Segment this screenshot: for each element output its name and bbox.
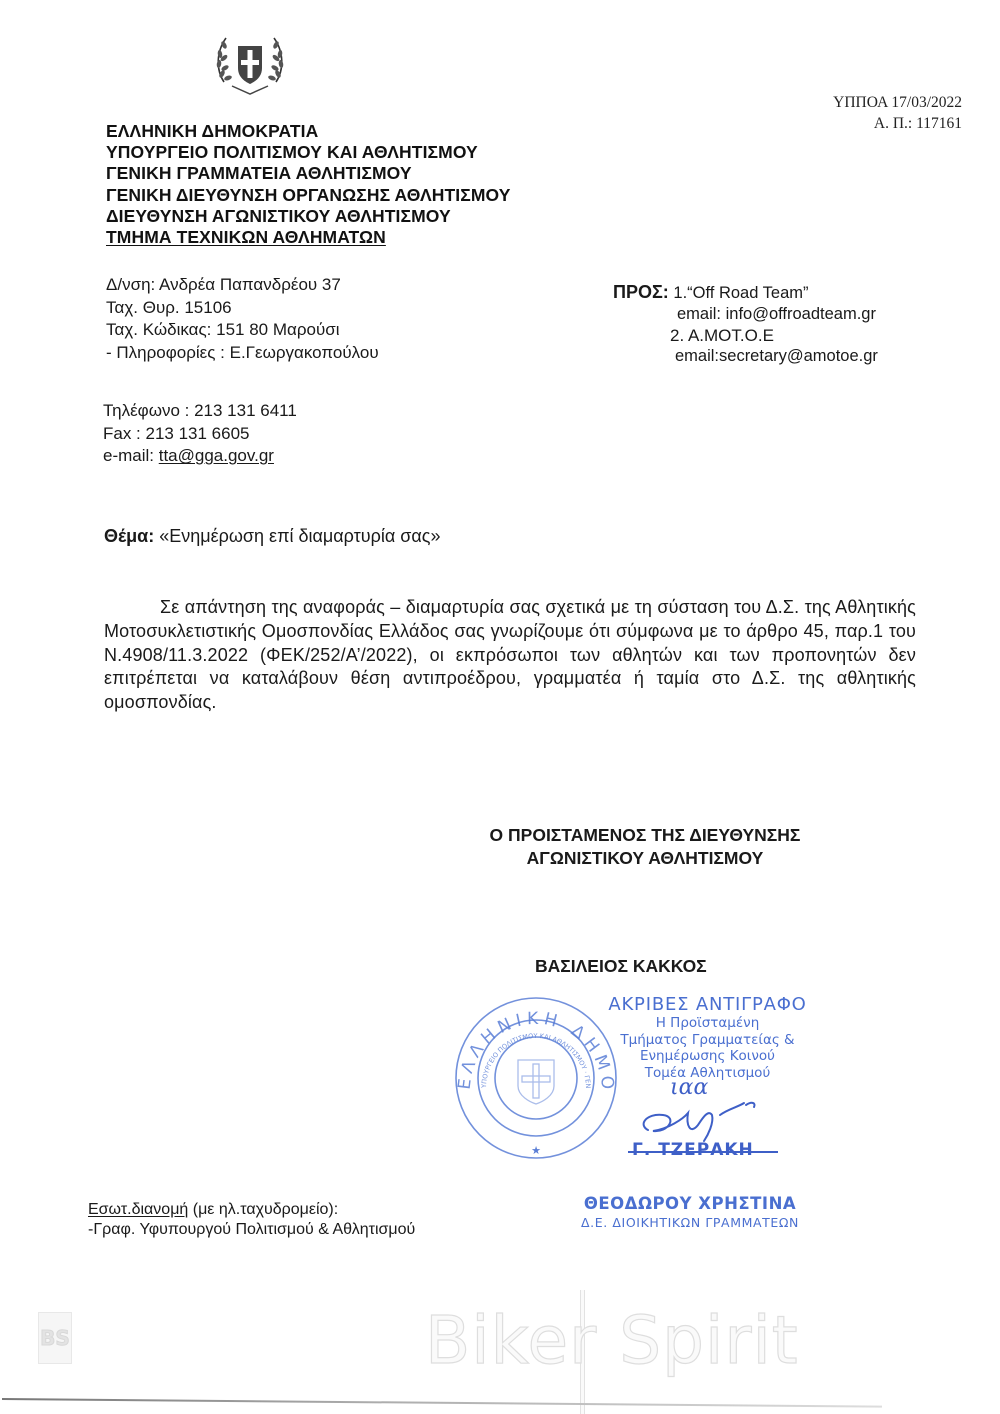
- stamp-person-name: ΘΕΟΔΩΡΟΥ ΧΡΗΣΤΙΝΑ: [540, 1194, 840, 1213]
- protocol-number: Α. Π.: 117161: [833, 113, 962, 134]
- subject-text: «Ενημέρωση επί διαμαρτυρία σας»: [154, 526, 440, 546]
- protocol-reference: ΥΠΠΟΑ 17/03/2022 Α. Π.: 117161: [833, 92, 962, 134]
- seal-outer-text: ΕΛΛΗΝΙΚΗ ΔΗΜΟΚΡΑΤΙΑ: [452, 990, 617, 1095]
- svg-text:ΕΛΛΗΝΙΚΗ ΔΗΜΟΚΡΑΤΙΑ: ΕΛΛΗΝΙΚΗ ΔΗΜΟΚΡΑΤΙΑ: [452, 990, 617, 1095]
- distribution-item: -Γραφ. Υφυπουργού Πολιτισμού & Αθλητισμο…: [88, 1220, 415, 1240]
- subject-line: Θέμα: «Ενημέρωση επί διαμαρτυρία σας»: [104, 526, 440, 547]
- distribution-label-suffix: (με ηλ.ταχυδρομείο):: [188, 1201, 338, 1218]
- certified-copy-stamp: ΑΚΡΙΒΕΣ ΑΝΤΙΓΡΑΦΟ Η Προϊσταμένη Τμήματος…: [600, 994, 815, 1081]
- stamp-name-block: ΘΕΟΔΩΡΟΥ ΧΡΗΣΤΙΝΑ Δ.Ε. ΔΙΟΙΚΗΤΙΚΩΝ ΓΡΑΜΜ…: [540, 1194, 840, 1230]
- address-line: Ταχ. Θυρ. 15106: [106, 297, 379, 320]
- official-seal-stamp-icon: ΕΛΛΗΝΙΚΗ ΔΗΜΟΚΡΑΤΙΑ ΥΠΟΥΡΓΕΙΟ ΠΟΛΙΤΙΣΜΟΥ…: [452, 990, 620, 1160]
- signatory-title-line: ΑΓΩΝΙΣΤΙΚΟΥ ΑΘΛΗΤΙΣΜΟΥ: [445, 847, 845, 870]
- internal-distribution: Εσωτ.διανομή (με ηλ.ταχυδρομείο): -Γραφ.…: [88, 1200, 415, 1240]
- signatory-title: Ο ΠΡΟΙΣΤΑΜΕΝΟΣ ΤΗΣ ΔΙΕΥΘΥΝΣΗΣ ΑΓΩΝΙΣΤΙΚΟ…: [445, 824, 845, 870]
- strike-line: [628, 1151, 778, 1153]
- address-line: Δ/νση: Ανδρέα Παπανδρέου 37: [106, 274, 379, 297]
- signatory-name: ΒΑΣΙΛΕΙΟΣ ΚΑΚΚΟΣ: [535, 956, 707, 977]
- handwritten-signature-icon: [628, 1095, 808, 1145]
- recipients-label: ΠΡΟΣ:: [613, 282, 669, 302]
- department-name: ΤΜΗΜΑ ΤΕΧΝΙΚΩΝ ΑΘΛΗΜΑΤΩΝ: [106, 227, 386, 247]
- issuing-authority-header: ΕΛΛΗΝΙΚΗ ΔΗΜΟΚΡΑΤΙΑ ΥΠΟΥΡΓΕΙΟ ΠΟΛΙΤΙΣΜΟΥ…: [106, 121, 511, 248]
- certified-copy-heading: ΑΚΡΙΒΕΣ ΑΝΤΙΓΡΑΦΟ: [600, 994, 815, 1015]
- authority-line: ΓΕΝΙΚΗ ΔΙΕΥΘΥΝΣΗ ΟΡΓΑΝΩΣΗΣ ΑΘΛΗΤΙΣΜΟΥ: [106, 185, 511, 206]
- sender-address: Δ/νση: Ανδρέα Παπανδρέου 37 Ταχ. Θυρ. 15…: [106, 274, 379, 364]
- watermark-logo: BS: [38, 1312, 72, 1364]
- phone-number: Τηλέφωνο : 213 131 6411: [103, 400, 297, 423]
- address-line: - Πληροφορίες : Ε.Γεωργακοπούλου: [106, 342, 379, 365]
- authority-line: ΥΠΟΥΡΓΕΙΟ ΠΟΛΙΤΙΣΜΟΥ ΚΑΙ ΑΘΛΗΤΙΣΜΟΥ: [106, 142, 511, 163]
- subject-label: Θέμα:: [104, 526, 154, 546]
- struck-through-name: Γ. ΤΖΕΡΑΚΗ: [632, 1140, 754, 1160]
- distribution-label: Εσωτ.διανομή: [88, 1201, 188, 1218]
- signatory-title-line: Ο ΠΡΟΙΣΤΑΜΕΝΟΣ ΤΗΣ ΔΙΕΥΘΥΝΣΗΣ: [445, 824, 845, 847]
- seal-star: ★: [531, 1145, 541, 1157]
- recipient-2-email: email:secretary@amotoe.gr: [613, 346, 878, 367]
- authority-line: ΔΙΕΥΘΥΝΣΗ ΑΓΩΝΙΣΤΙΚΟΥ ΑΘΛΗΤΙΣΜΟΥ: [106, 206, 511, 227]
- scan-edge-line: [2, 1398, 882, 1408]
- letter-body: Σε απάντηση της αναφοράς – διαμαρτυρία σ…: [104, 596, 916, 715]
- email-label: e-mail:: [103, 446, 159, 465]
- recipient-2-name: 2. Α.ΜΟΤ.Ο.Ε: [613, 325, 878, 346]
- recipient-1-email: email: info@offroadteam.gr: [613, 304, 878, 325]
- authority-line: ΓΕΝΙΚΗ ΓΡΑΜΜΑΤΕΙΑ ΑΘΛΗΤΙΣΜΟΥ: [106, 163, 511, 184]
- certified-copy-line: Ενημέρωσης Κοινού: [600, 1048, 815, 1065]
- email-link[interactable]: tta@gga.gov.gr: [159, 446, 274, 465]
- recipients-block: ΠΡΟΣ: 1.“Off Road Team” email: info@offr…: [613, 282, 878, 367]
- authority-line: ΕΛΛΗΝΙΚΗ ΔΗΜΟΚΡΑΤΙΑ: [106, 121, 511, 142]
- stamp-person-role: Δ.Ε. ΔΙΟΙΚΗΤΙΚΩΝ ΓΡΑΜΜΑΤΕΩΝ: [540, 1215, 840, 1230]
- greek-coat-of-arms-icon: [210, 22, 290, 102]
- watermark-text: Biker Spirit: [425, 1302, 799, 1379]
- fax-number: Fax : 213 131 6605: [103, 423, 297, 446]
- reference-date: ΥΠΠΟΑ 17/03/2022: [833, 92, 962, 113]
- certified-copy-line: Τμήματος Γραμματείας &: [600, 1032, 815, 1049]
- recipient-1-name: 1.“Off Road Team”: [669, 284, 809, 302]
- certified-copy-line: Η Προϊσταμένη: [600, 1015, 815, 1032]
- address-line: Ταχ. Κώδικας: 151 80 Μαρούσι: [106, 319, 379, 342]
- contact-info: Τηλέφωνο : 213 131 6411 Fax : 213 131 66…: [103, 400, 297, 468]
